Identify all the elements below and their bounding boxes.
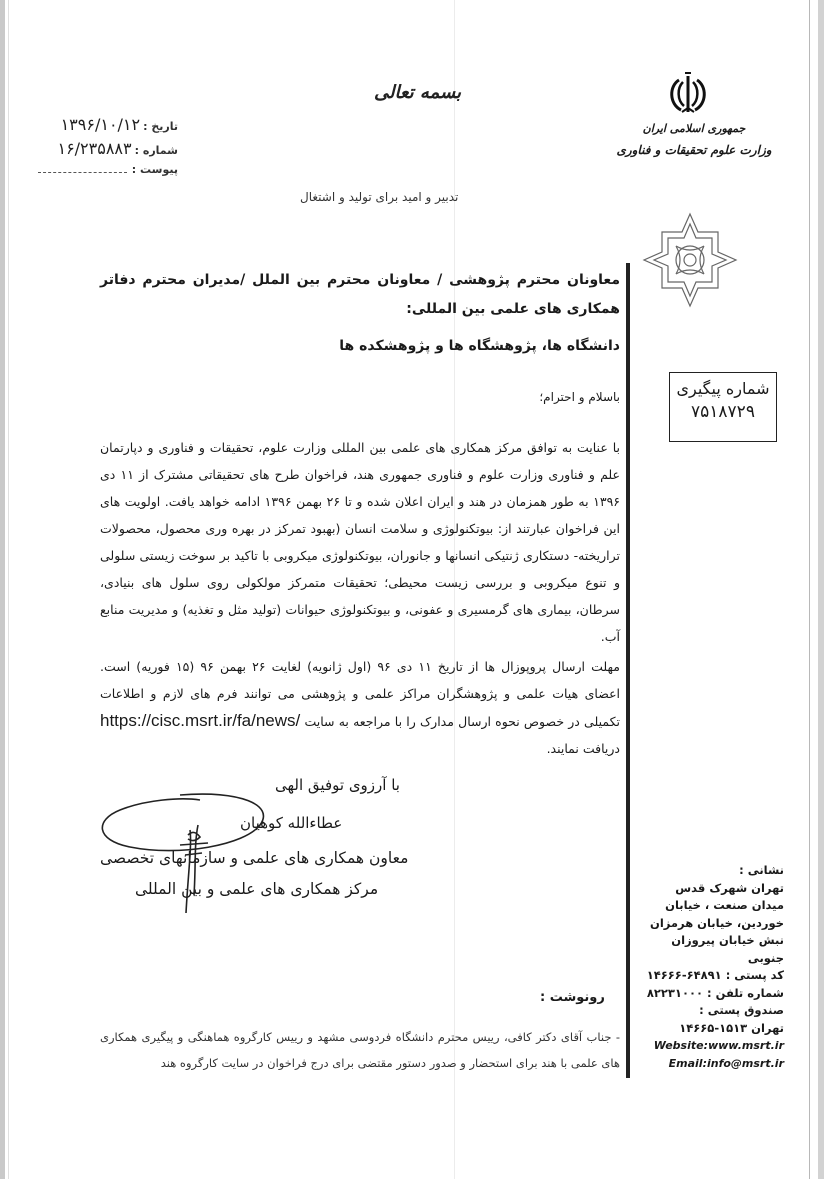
- scan-edge-right-line: [809, 0, 810, 1179]
- country-name: جمهوری اسلامی ایران: [594, 122, 794, 135]
- tracking-number-box: شماره پیگیری ۷۵۱۸۷۲۹: [669, 372, 777, 442]
- number-label: شماره :: [135, 144, 178, 157]
- phone-number: شماره تلفن : ۸۲۲۳۱۰۰۰: [644, 985, 784, 1003]
- postal-code: کد پستی : ۶۴۸۹۱-۱۴۶۶۶: [644, 967, 784, 985]
- cisc-news-link[interactable]: https://cisc.msrt.ir/fa/news/: [100, 711, 300, 730]
- cc-heading: رونوشت :: [540, 990, 605, 1005]
- iran-emblem-icon: [665, 70, 711, 116]
- greeting: باسلام و احترام؛: [100, 390, 620, 404]
- scan-edge-left: [0, 0, 5, 1179]
- address-line: نشانی :: [644, 862, 784, 880]
- address-line: تهران شهرک قدس: [644, 880, 784, 898]
- attachment-row: پیوست :: [38, 163, 178, 187]
- email-link[interactable]: Email:info@msrt.ir: [644, 1055, 784, 1073]
- date-label: تاریخ :: [143, 120, 178, 133]
- number-row: شماره : ۱۶/۲۳۵۸۸۳: [38, 139, 178, 163]
- margin-vertical-bar: [626, 263, 630, 1078]
- scan-edge-left-line: [8, 0, 9, 1179]
- po-box: تهران ۱۵۱۳-۱۴۶۶۵: [644, 1020, 784, 1038]
- recipient-organizations: دانشگاه ها، پژوهشگاه ها و پژوهشکده ها: [100, 338, 620, 354]
- paragraph-1: با عنایت به توافق مرکز همکاری های علمی ب…: [100, 434, 620, 650]
- addressee: معاونان محترم پژوهشی / معاونان محترم بین…: [100, 266, 620, 324]
- cc-recipient: - جناب آقای دکتر کافی، رییس محترم دانشگا…: [100, 1024, 620, 1076]
- ministry-title: وزارت علوم تحقیقات و فناوری: [594, 143, 794, 157]
- signer-title-2: مرکز همکاری های علمی و بین المللی: [135, 880, 378, 898]
- closing-line: با آرزوی توفیق الهی: [275, 776, 400, 794]
- paragraph-2: مهلت ارسال پروپوزال ها از تاریخ ۱۱ دی ۹۶…: [100, 653, 620, 762]
- address-line: میدان صنعت ، خیابان: [644, 897, 784, 915]
- ministry-name: جمهوری اسلامی ایران وزارت علوم تحقیقات و…: [594, 122, 794, 157]
- islamic-ornament-icon: [640, 210, 740, 310]
- tracking-number: ۷۵۱۸۷۲۹: [670, 402, 776, 422]
- tracking-label: شماره پیگیری: [670, 379, 776, 398]
- website-link[interactable]: Website:www.msrt.ir: [644, 1037, 784, 1055]
- ministry-address: نشانی : تهران شهرک قدس میدان صنعت ، خیاب…: [644, 862, 784, 1072]
- address-line: نبش خیابان پیروزان جنوبی: [644, 932, 784, 967]
- address-line: خوردین، خیابان هرمزان: [644, 915, 784, 933]
- signer-title-1: معاون همکاری های علمی و سازمانهای تخصصی: [100, 849, 408, 867]
- bismillah-heading: بسمه تعالی: [374, 82, 461, 103]
- letter-meta: تاریخ : ۱۳۹۶/۱۰/۱۲ شماره : ۱۶/۲۳۵۸۸۳ پیو…: [38, 115, 178, 187]
- number-value: ۱۶/۲۳۵۸۸۳: [57, 139, 131, 158]
- date-value: ۱۳۹۶/۱۰/۱۲: [61, 115, 141, 134]
- po-box-label: صندوق پستی :: [644, 1002, 784, 1020]
- date-row: تاریخ : ۱۳۹۶/۱۰/۱۲: [38, 115, 178, 139]
- year-slogan: تدبیر و امید برای تولید و اشتغال: [300, 190, 458, 204]
- attachment-label: پیوست :: [132, 163, 178, 176]
- signer-name: عطاءالله کوهیان: [240, 814, 342, 832]
- paragraph-2-text-b: دریافت نمایند.: [547, 741, 620, 756]
- attachment-dashes: [38, 164, 127, 173]
- scan-edge-right: [818, 0, 824, 1179]
